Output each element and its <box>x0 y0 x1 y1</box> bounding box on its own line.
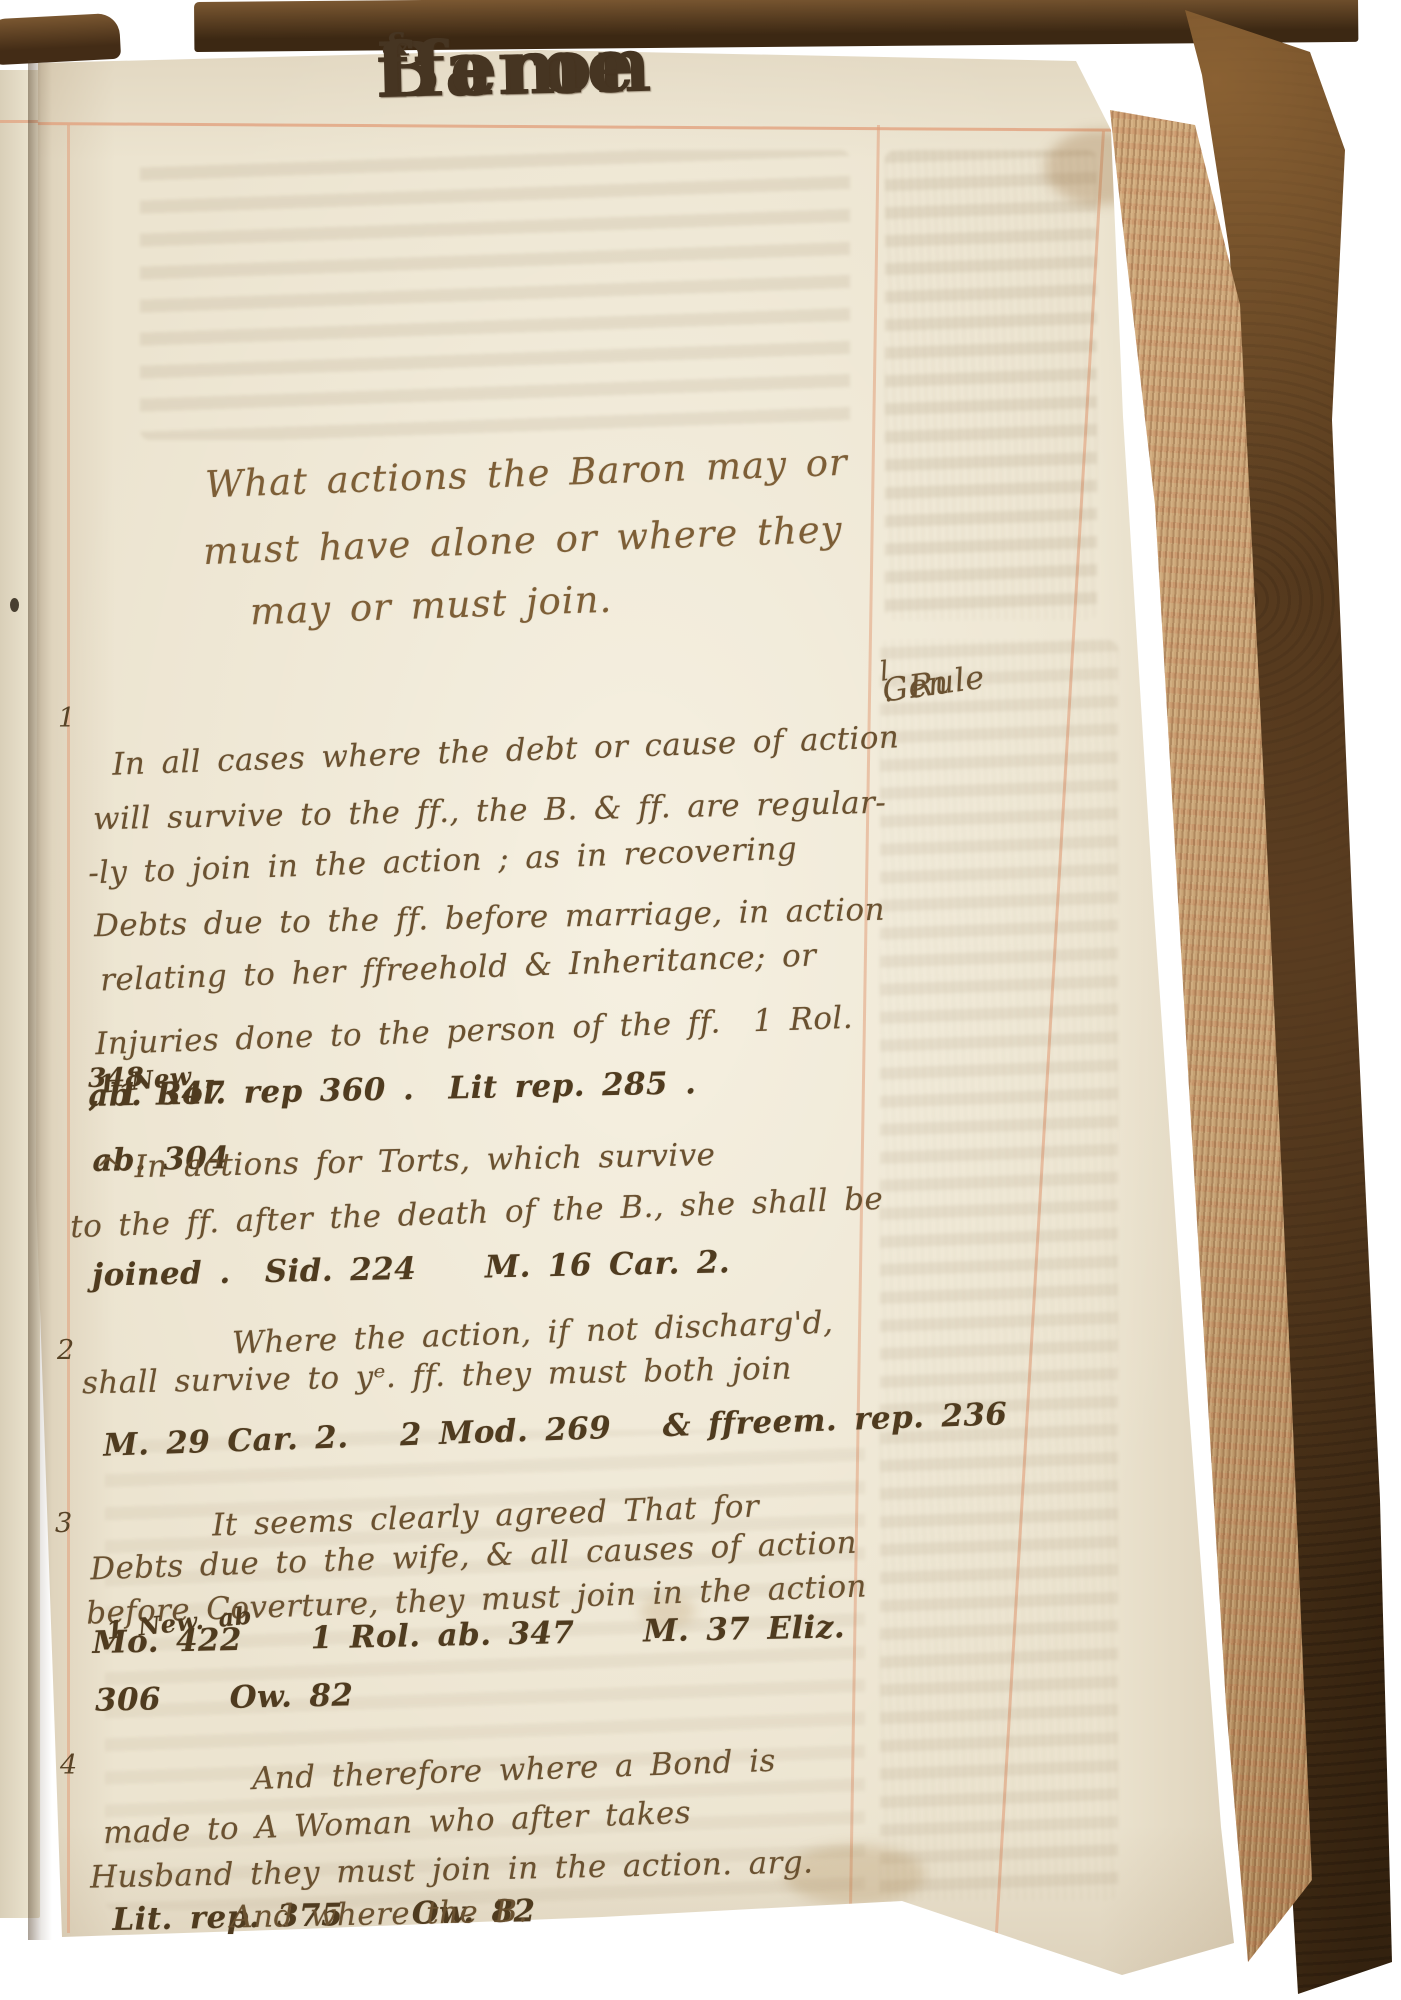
ghost-bleedthrough-bottom <box>105 1430 865 1910</box>
red-rule-left-margin <box>67 125 70 1933</box>
manuscript-page <box>30 45 1245 1980</box>
stain <box>785 1845 925 1905</box>
gutter-shadow <box>28 60 52 1940</box>
book-photo: Baron&ffeme What actions the Baron may o… <box>0 0 1401 2000</box>
ghost-bleedthrough-top <box>140 150 850 440</box>
ghost-bleedthrough-right-upper <box>885 150 1097 620</box>
ink-blot <box>10 598 19 612</box>
stain <box>640 1595 695 1627</box>
ghost-bleedthrough-right-lower <box>880 640 1118 1900</box>
red-rule-top <box>30 122 1118 132</box>
top-board-edge <box>194 0 1358 52</box>
top-board-edge-left <box>0 13 121 66</box>
